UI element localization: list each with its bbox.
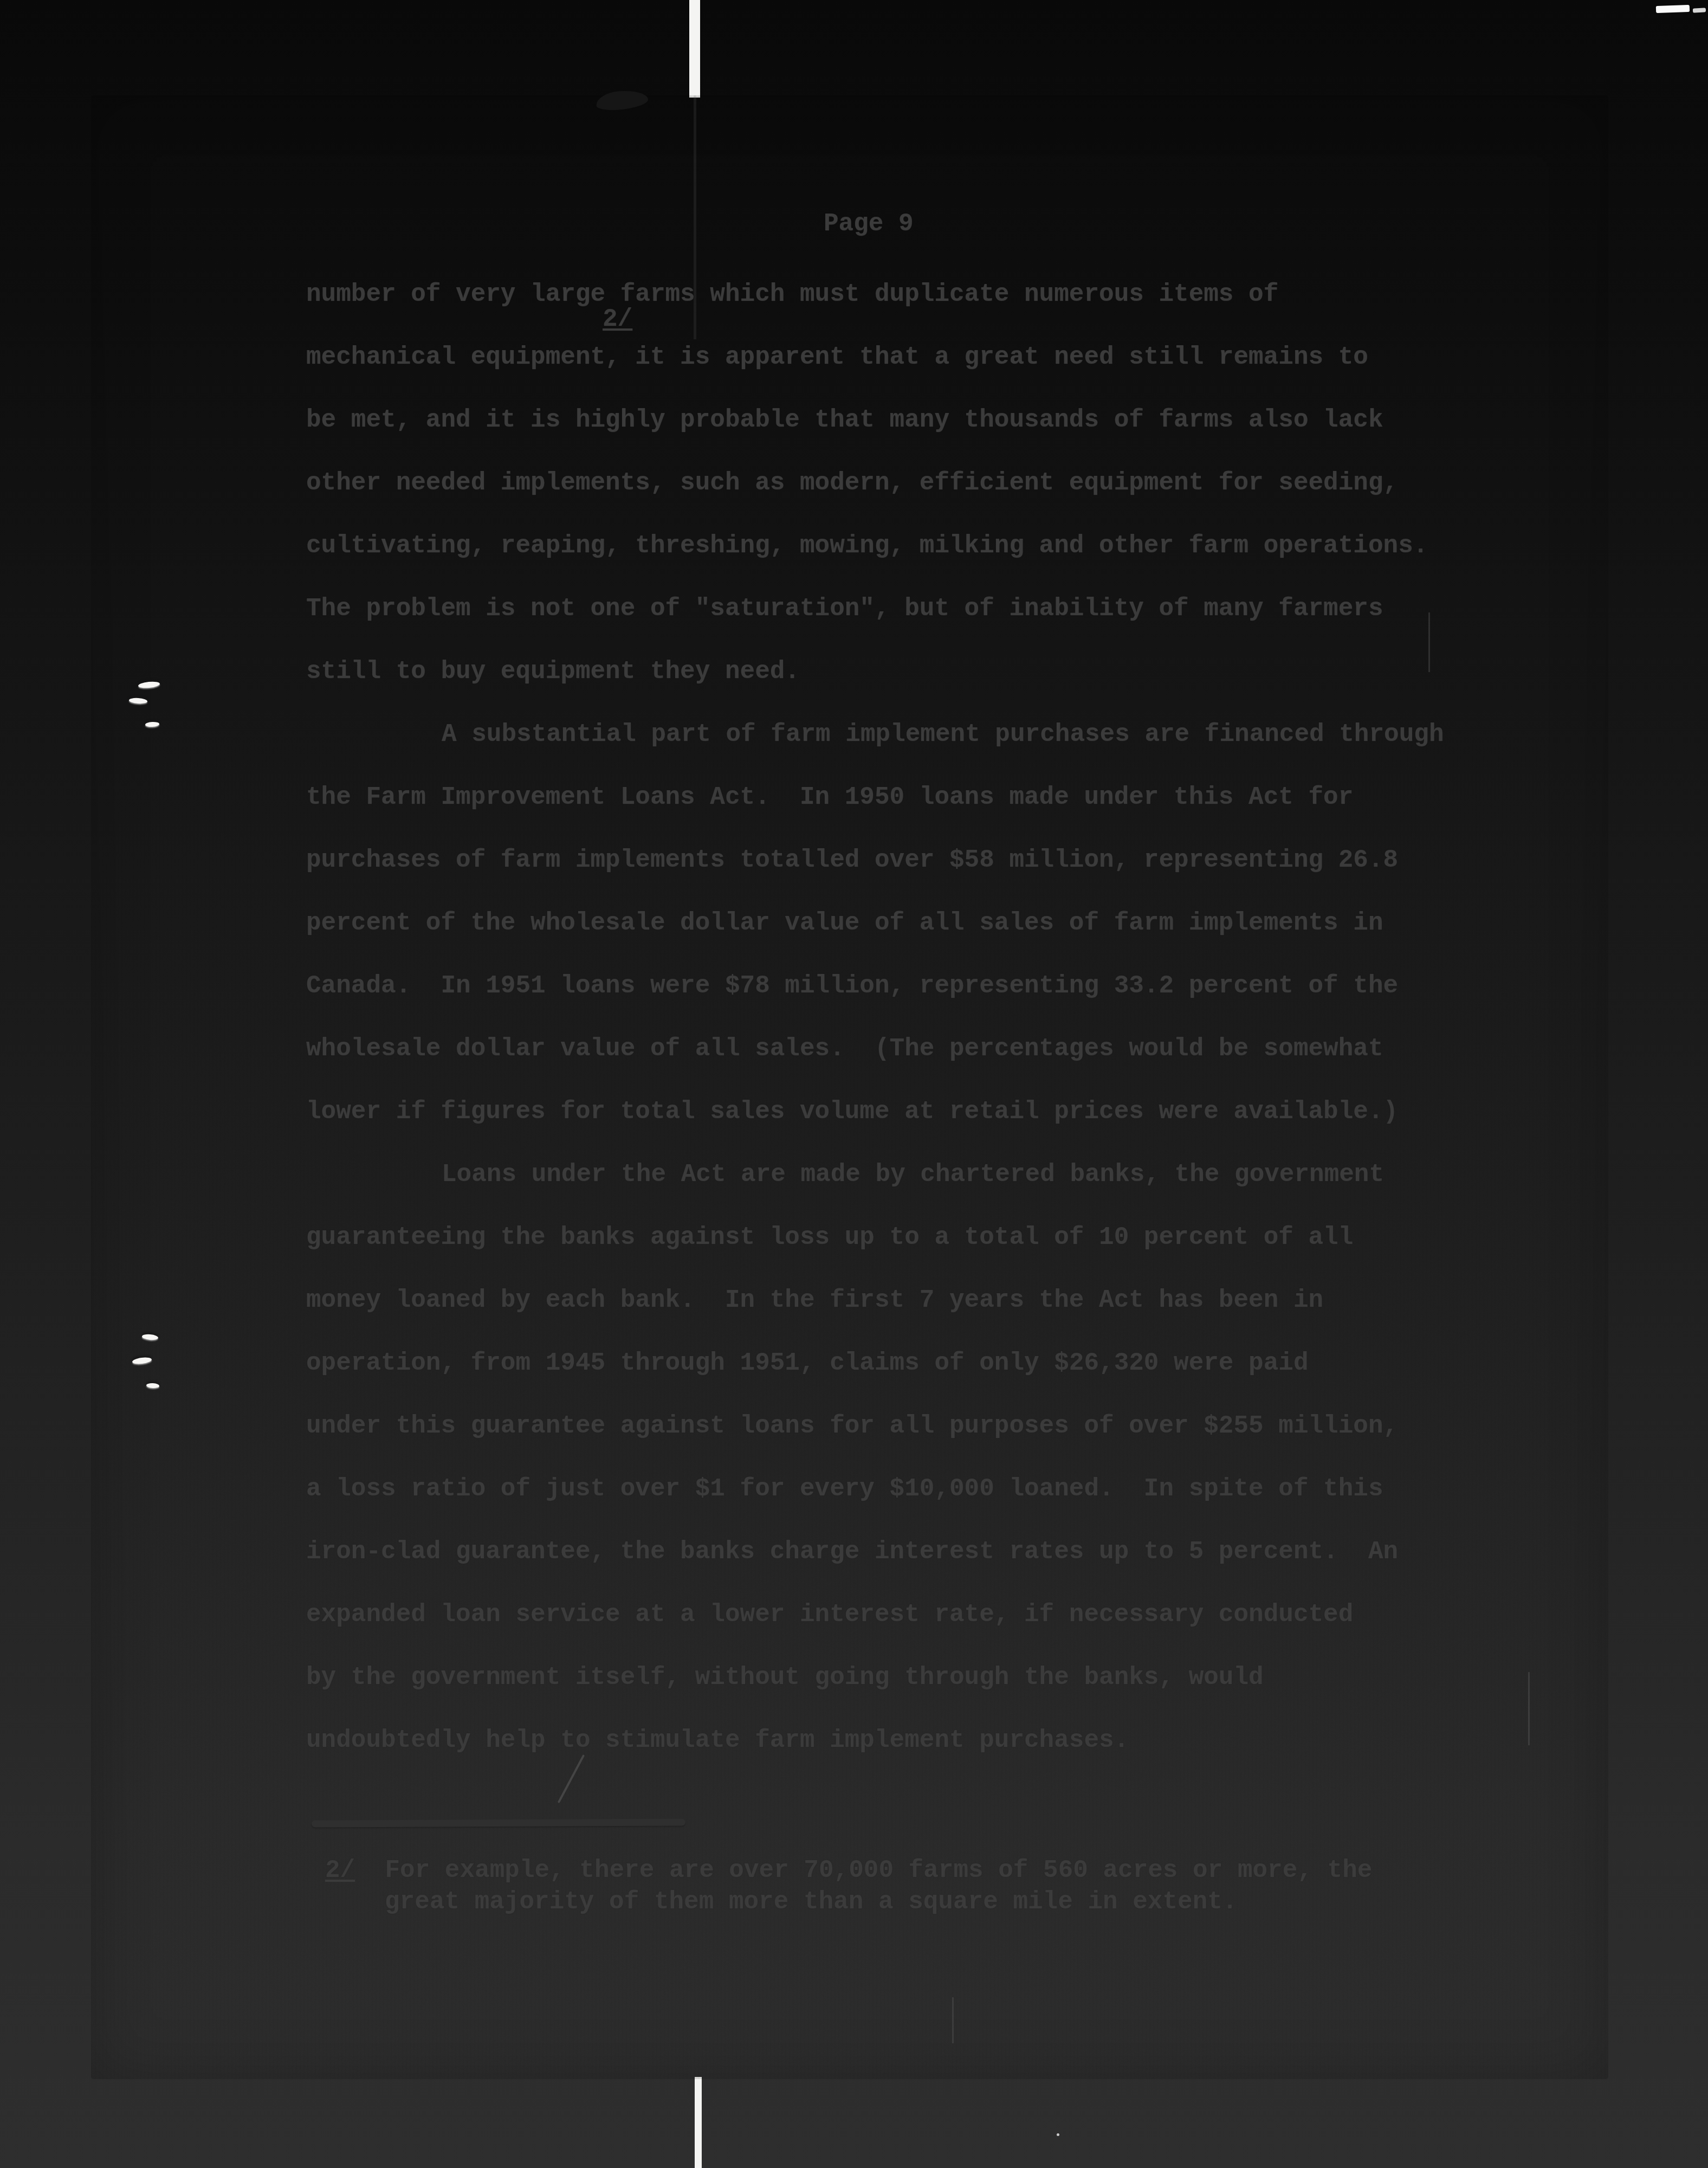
body-line: be met, and it is highly probable that m… [306, 408, 1383, 433]
scan-scratch [1428, 612, 1430, 672]
body-line: other needed implements, such as modern,… [306, 470, 1398, 495]
footnote-separator-rule [312, 1818, 685, 1827]
footnote-marker: 2/ [325, 1856, 355, 1885]
body-line: The problem is not one of "saturation", … [306, 596, 1383, 621]
film-splice-line-top [689, 0, 700, 98]
body-line: money loaned by each bank. In the first … [306, 1288, 1323, 1313]
footnote-text: For example, there are over 70,000 farms… [385, 1856, 1372, 1885]
footnote-text-line2: great majority of them more than a squar… [385, 1889, 1237, 1914]
body-line: under this guarantee against loans for a… [306, 1414, 1398, 1438]
body-line: Loans under the Act are made by chartere… [442, 1162, 1384, 1187]
film-scan-background: { "colors": { "film_background": "#1a1a1… [0, 0, 1708, 2168]
body-line: mechanical equipment, it is apparent tha… [306, 345, 1368, 370]
scan-scratch [1528, 1672, 1530, 1745]
scanned-page: Page 9 2/ number of very large farms whi… [91, 95, 1608, 2079]
footnote-line: 2/ For example, there are over 70,000 fa… [325, 1858, 1372, 1883]
top-edge-smudge [596, 89, 649, 112]
stray-slash-mark [558, 1754, 585, 1803]
body-line: number of very large farms which must du… [306, 282, 1278, 307]
body-line: undoubtedly help to stimulate farm imple… [306, 1728, 1129, 1753]
film-edge-mark [1693, 8, 1706, 12]
body-line: wholesale dollar value of all sales. (Th… [306, 1036, 1383, 1061]
film-splice-line-bottom [695, 2077, 702, 2168]
body-line: lower if figures for total sales volume … [306, 1099, 1398, 1124]
body-line: by the government itself, without going … [306, 1665, 1264, 1690]
footnote-gap [355, 1856, 385, 1885]
scan-striations [91, 95, 1608, 2079]
film-edge-mark [1656, 5, 1690, 13]
scan-scratch [952, 1997, 954, 2043]
body-line: A substantial part of farm implement pur… [442, 722, 1444, 747]
body-line: cultivating, reaping, threshing, mowing,… [306, 533, 1428, 558]
body-line: iron-clad guarantee, the banks charge in… [306, 1539, 1398, 1564]
body-line: Canada. In 1951 loans were $78 million, … [306, 973, 1398, 998]
body-line: still to buy equipment they need. [306, 659, 800, 684]
body-line: a loss ratio of just over $1 for every $… [306, 1476, 1383, 1501]
body-line: expanded loan service at a lower interes… [306, 1602, 1353, 1627]
body-line: operation, from 1945 through 1951, claim… [306, 1351, 1309, 1376]
body-line: guaranteeing the banks against loss up t… [306, 1225, 1353, 1250]
footnote-reference-superscript: 2/ [603, 307, 632, 332]
body-line: purchases of farm implements totalled ov… [306, 848, 1398, 873]
paper-grain-texture [91, 95, 1608, 2079]
body-line: percent of the wholesale dollar value of… [306, 911, 1383, 935]
body-line: the Farm Improvement Loans Act. In 1950 … [306, 785, 1353, 810]
page-number: Page 9 [824, 211, 914, 236]
film-dust-speck [1057, 2133, 1059, 2136]
